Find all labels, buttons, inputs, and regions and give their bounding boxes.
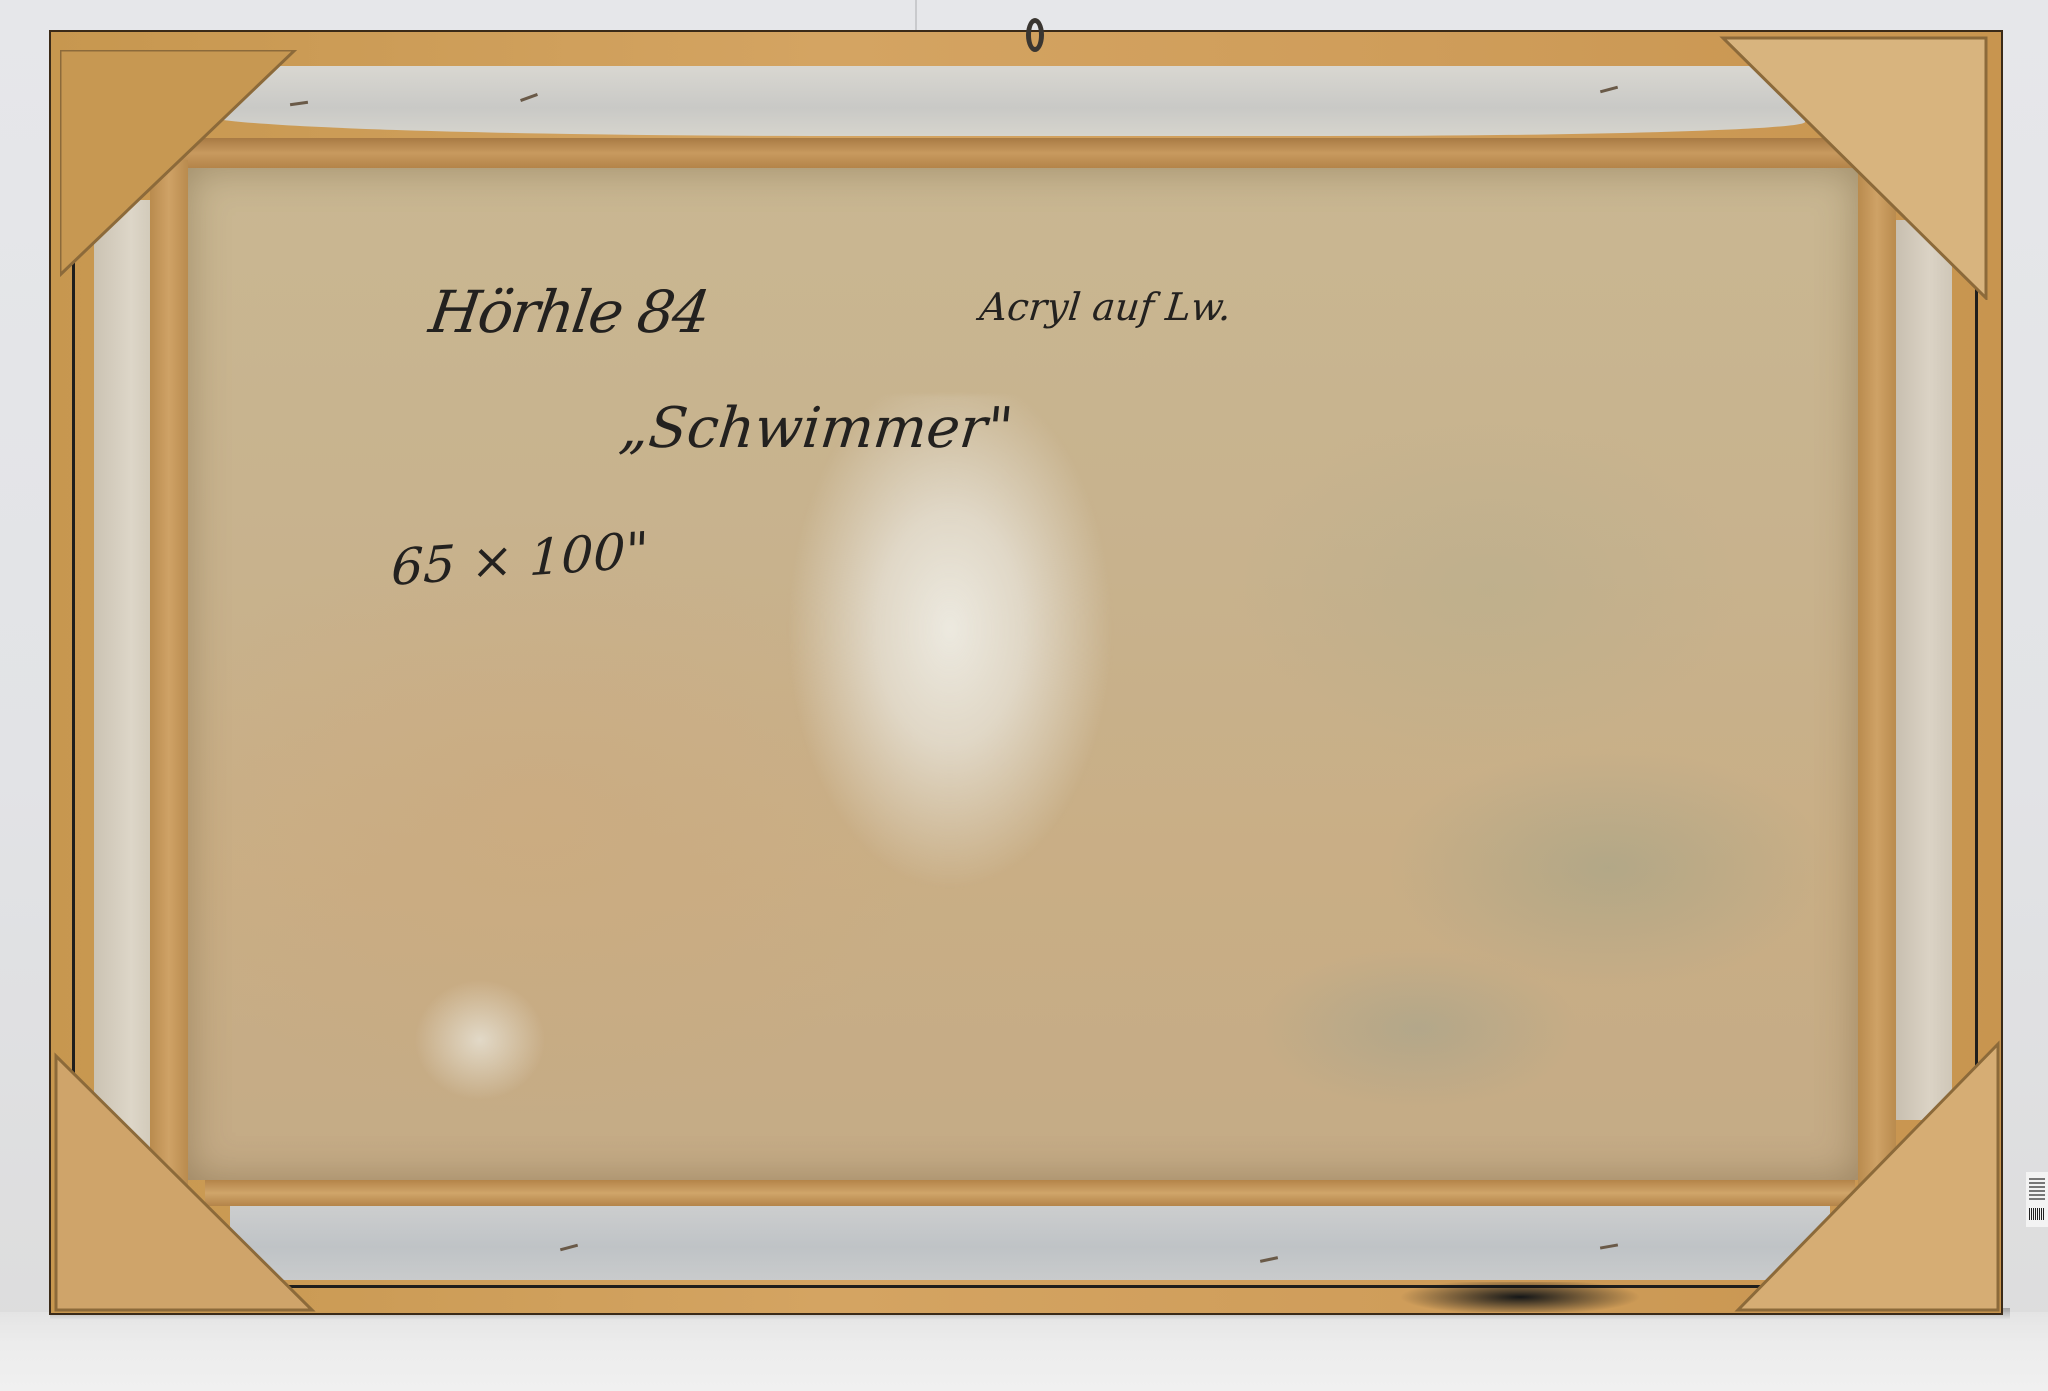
canvas-edge-right xyxy=(1896,220,1952,1120)
barcode-icon xyxy=(2029,1208,2045,1220)
white-paint-scuff xyxy=(770,395,1130,915)
signature-year: Hörhle 84 xyxy=(425,278,712,346)
canvas-edge-top xyxy=(205,66,1805,136)
corner-brace-bottom-right xyxy=(1730,1040,2005,1315)
corner-brace-top-left xyxy=(60,50,300,280)
stretcher-bar-bottom xyxy=(205,1180,1855,1206)
burn-mark xyxy=(1400,1282,1640,1312)
stretcher-bar-top xyxy=(180,138,1860,168)
stretcher-bar-right xyxy=(1858,165,1896,1185)
printed-label xyxy=(2026,1172,2048,1227)
label-text-lines xyxy=(2029,1178,2045,1202)
medium-note: Acryl auf Lw. xyxy=(978,285,1234,329)
floor xyxy=(0,1312,2048,1391)
canvas-edge-left xyxy=(94,200,156,1150)
white-paint-spot xyxy=(415,980,545,1100)
canvas-edge-bottom xyxy=(230,1198,1830,1280)
corner-brace-top-right xyxy=(1718,30,1988,300)
artwork-title: „Schwimmer" xyxy=(617,396,1016,461)
corner-brace-bottom-left xyxy=(50,1048,320,1318)
stretcher-bar-left xyxy=(150,160,188,1190)
hanging-hook-icon xyxy=(1026,18,1044,52)
